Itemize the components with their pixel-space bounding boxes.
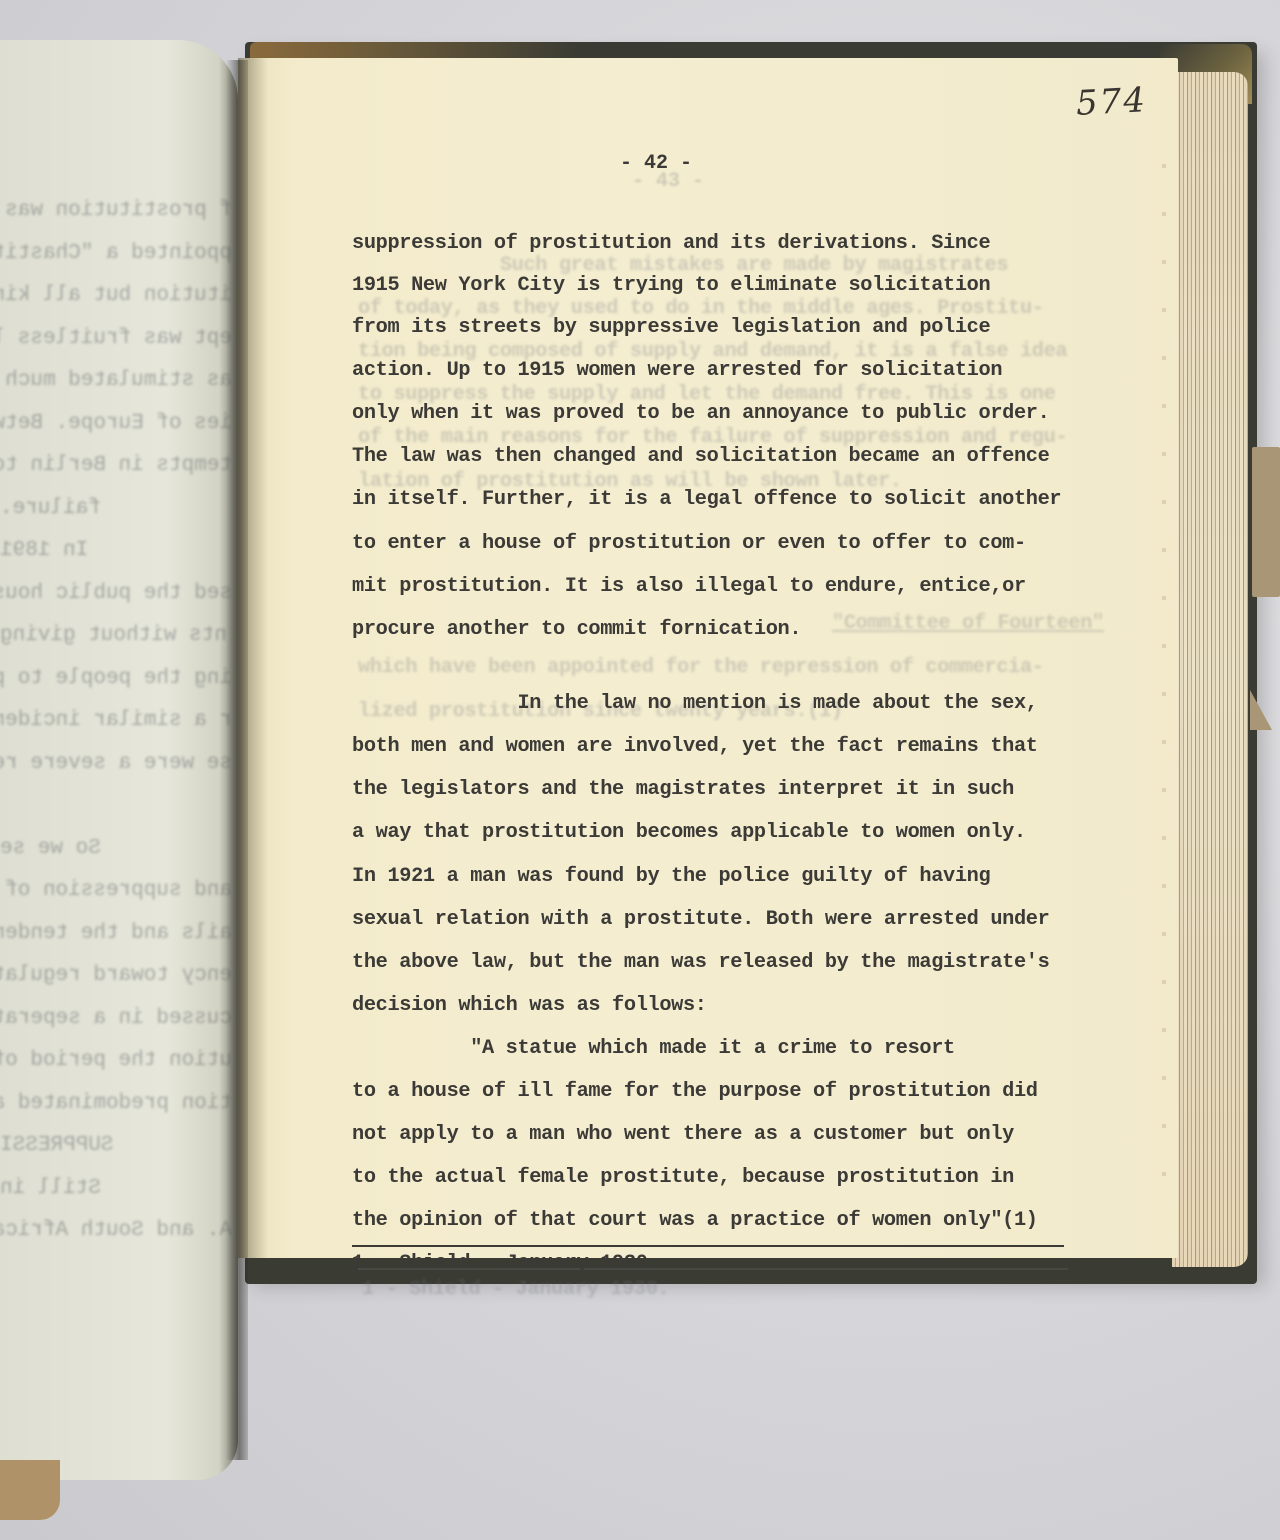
mirrored-line: ution the period of [0, 1040, 232, 1083]
body-line: both men and women are involved, yet the… [352, 735, 1038, 759]
mirrored-line: itution but all kind [0, 275, 232, 318]
body-line: "A statue which made it a crime to resor… [352, 1037, 955, 1061]
mirrored-line: sed the public houses [0, 573, 232, 616]
mirrored-line: r a similar incident [0, 700, 232, 743]
body-line: from its streets by suppressive legislat… [352, 316, 990, 340]
mirrored-line: nts without giving [0, 615, 232, 658]
mirrored-line: tion predominated all [0, 1083, 232, 1126]
body-line: decision which was as follows: [352, 994, 707, 1018]
body-line: mit prostitution. It is also illegal to … [352, 575, 1026, 599]
mirrored-line: cussed in a seperate [0, 998, 232, 1041]
body-line: The law was then changed and solicitatio… [352, 445, 1049, 469]
mirrored-line: ing the people to pre [0, 658, 232, 701]
mirrored-line: as stimulated much by [0, 360, 232, 403]
mirrored-line: Still in [0, 1168, 232, 1211]
page-perforations [1162, 120, 1166, 1220]
page-edges-stack [1172, 72, 1248, 1267]
body-line: to a house of ill fame for the purpose o… [352, 1080, 1038, 1104]
mirrored-line: A. and South African [0, 1210, 232, 1253]
footnote: 1 - Shield - January 1930. [352, 1252, 659, 1275]
body-line: to enter a house of prostitution or even… [352, 532, 1026, 556]
spine-shadow [226, 60, 248, 1460]
mirrored-line: SUPPRESSI [0, 1125, 232, 1168]
body-line: sexual relation with a prostitute. Both … [352, 908, 1049, 932]
mirrored-line: In 1891 [0, 530, 232, 573]
body-line: not apply to a man who went there as a c… [352, 1123, 1014, 1147]
mirrored-line: failure. [0, 488, 232, 531]
body-line: a way that prostitution becomes applicab… [352, 821, 1026, 845]
body-line: to the actual female prostitute, because… [352, 1166, 1014, 1190]
mirrored-line: ency toward regulatio [0, 955, 232, 998]
mirrored-line: ails and the tendency [0, 913, 232, 956]
mirrored-line: se were a severe reac [0, 743, 232, 786]
body-line: in itself. Further, it is a legal offenc… [352, 488, 1061, 512]
body-line: In 1921 a man was found by the police gu… [352, 865, 990, 889]
body-line: action. Up to 1915 women were arrested f… [352, 359, 1002, 383]
page-number: - 42 - [620, 152, 692, 175]
show-through-line: which have been appointed for the repres… [358, 656, 1044, 679]
body-line: the opinion of that court was a practice… [352, 1209, 1038, 1233]
mirrored-line [0, 785, 232, 828]
footnote-rule [352, 1245, 1064, 1247]
left-page-mirrored-text: f prostitution was madppointed a "Chasti… [0, 190, 232, 1253]
mirrored-line: ies of Europe. Between [0, 403, 232, 446]
body-line: procure another to commit fornication. [352, 618, 801, 642]
left-page-curl: f prostitution was madppointed a "Chasti… [0, 40, 238, 1480]
mirrored-line: f prostitution was mad [0, 190, 232, 233]
body-line: the legislators and the magistrates inte… [352, 778, 1014, 802]
body-line: the above law, but the man was released … [352, 951, 1049, 975]
mirrored-line: and suppression of pr [0, 870, 232, 913]
handwritten-folio-number: 574 [1075, 80, 1148, 124]
body-line: In the law no mention is made about the … [352, 692, 1038, 716]
show-through-footnote: 1 - Shield - January 1930. [362, 1278, 669, 1301]
body-line: 1915 New York City is trying to eliminat… [352, 274, 990, 298]
body-line: suppression of prostitution and its deri… [352, 232, 990, 256]
mirrored-line: ept was fruitless lit [0, 318, 232, 361]
mirrored-line: So we se [0, 828, 232, 871]
paper-tab-flap [1252, 447, 1280, 597]
body-line: only when it was proved to be an annoyan… [352, 402, 1049, 426]
mirrored-line: tempts in Berlin to c [0, 445, 232, 488]
show-through-line: "Committee of Fourteen" [832, 612, 1104, 635]
mirrored-line: ppointed a "Chastity C [0, 233, 232, 276]
left-page-bottom-edge [0, 1460, 60, 1520]
